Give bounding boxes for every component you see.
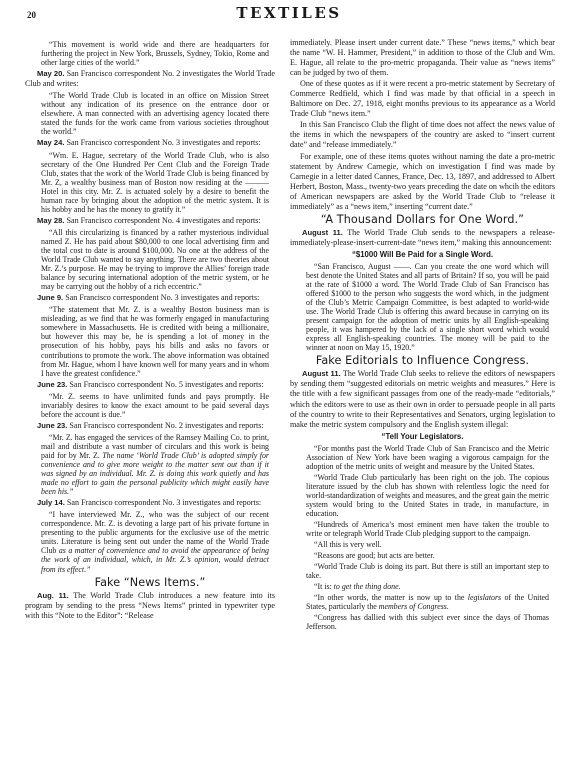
quote-legislators-8: “In other words, the matter is now up to…	[306, 593, 549, 611]
quote-june-23-a: “Mr. Z. seems to have unlimited funds an…	[41, 392, 269, 419]
heading-fake-editorials: Fake Editorials to Influence Congress.	[290, 354, 555, 367]
heading-fake-news-items: Fake “News Items.”	[25, 576, 275, 589]
entry-june-9: June 9. San Francisco correspondent No. …	[25, 293, 275, 303]
quote-july-14: “I have interviewed Mr. Z., who was the …	[41, 510, 269, 573]
entry-may-24: May 24. San Francisco correspondent No. …	[25, 138, 275, 148]
paragraph-carnegie: For example, one of these items quotes w…	[290, 152, 555, 212]
entry-text: San Francisco correspondent No. 3 invest…	[64, 138, 260, 147]
entry-may-28: May 28. San Francisco correspondent No. …	[25, 216, 275, 226]
quote-legislators-2: “World Trade Club particularly has been …	[306, 473, 549, 518]
entry-date: May 20.	[37, 69, 65, 78]
entry-june-23-a: June 23. San Francisco correspondent No.…	[25, 380, 275, 390]
entry-date: July 14.	[37, 498, 65, 507]
quote-italic: members of Congress.	[379, 602, 449, 611]
quote-legislators-6: “World Trade Club is doing its part. But…	[306, 562, 549, 580]
quote-legislators-7: “It is: to get the thing done.	[306, 582, 549, 591]
entry-august-11-b: August 11. The World Trade Club seeks to…	[290, 369, 555, 429]
subheading-tell-legislators: “Tell Your Legislators.	[290, 432, 555, 442]
entry-june-23-b: June 23. San Francisco correspondent No.…	[25, 421, 275, 431]
heading-thousand-dollars: “A Thousand Dollars for One Word.”	[290, 213, 555, 226]
entry-date: Aug. 11.	[37, 591, 69, 600]
quote-legislators-3: “Hundreds of America’s most eminent men …	[306, 520, 549, 538]
entry-aug-11: Aug. 11. The World Trade Club introduces…	[25, 591, 275, 621]
quote-italic: as a matter of convenience and to avoid …	[41, 546, 269, 573]
paragraph-flight-of-time: In this San Francisco Club the flight of…	[290, 120, 555, 150]
quote-june-9: “The statement that Mr. Z. is a wealthy …	[41, 305, 269, 377]
entry-date: June 9.	[37, 293, 63, 302]
right-column: immediately. Please insert under current…	[290, 38, 555, 634]
entry-august-11-a: August 11. The World Trade Club sends to…	[290, 228, 555, 248]
entry-text: San Francisco correspondent No. 5 invest…	[67, 380, 263, 389]
quote-legislators-5: “Reasons are good; but acts are better.	[306, 551, 549, 560]
entry-date: May 28.	[37, 216, 64, 225]
quote-may-24: “Wm. E. Hague, secretary of the World Tr…	[41, 151, 269, 214]
quote-may-20: “The World Trade Club is located in an o…	[41, 91, 269, 136]
quote-legislators-1: “For months past the World Trade Club of…	[306, 444, 549, 471]
quote-movement: “This movement is world wide and there a…	[41, 40, 269, 67]
quote-legislators-4: “All this is very well.	[306, 540, 549, 549]
entry-text: San Francisco correspondent No. 3 invest…	[63, 293, 259, 302]
quote-plain: “In other words, the matter is now up to…	[314, 593, 468, 602]
left-column: “This movement is world wide and there a…	[25, 38, 275, 621]
entry-text: San Francisco correspondent No. 3 invest…	[65, 498, 261, 507]
paragraph-news-items: immediately. Please insert under current…	[290, 38, 555, 78]
entry-text: San Francisco correspondent No. 2 invest…	[67, 421, 263, 430]
quote-legislators-9: “Congress has dallied with this subject …	[306, 613, 549, 631]
entry-date: August 11.	[302, 228, 343, 237]
entry-date: June 23.	[37, 380, 67, 389]
entry-date: August 11.	[302, 369, 341, 378]
entry-july-14: July 14. San Francisco correspondent No.…	[25, 498, 275, 508]
paragraph-redfield: One of these quotes as if it were recent…	[290, 79, 555, 119]
quote-single-word: “San Francisco, August ——. Can you creat…	[306, 262, 549, 352]
entry-date: May 24.	[37, 138, 64, 147]
quote-june-23-b: “Mr. Z. has engaged the services of the …	[41, 433, 269, 496]
quote-italic: legislators	[468, 593, 501, 602]
entry-date: June 23.	[37, 421, 67, 430]
entry-text: San Francisco correspondent No. 4 invest…	[64, 216, 260, 225]
subheading-single-word: “$1000 Will Be Paid for a Single Word.	[290, 250, 555, 260]
running-head: TEXTILES	[0, 4, 578, 22]
quote-may-28: “All this circularizing is financed by a…	[41, 228, 269, 291]
entry-may-20: May 20. San Francisco correspondent No. …	[25, 69, 275, 89]
quote-plain: “It is:	[314, 582, 334, 591]
quote-italic: to get the thing done.	[334, 582, 401, 591]
